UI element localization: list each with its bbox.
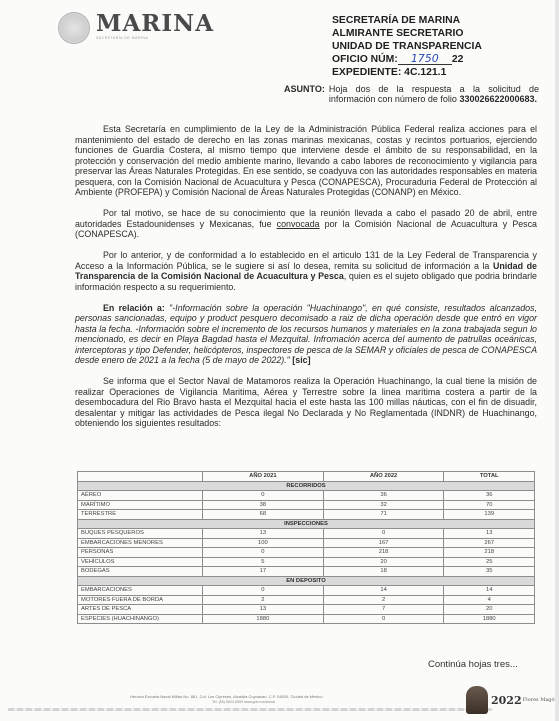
table-row: BUQUES PESQUEROS13013 <box>78 529 535 539</box>
folio-number: 330026622000683. <box>459 94 537 104</box>
document-page: MARINA SECRETARÍA DE MARINA SECRETARÍA D… <box>0 0 559 721</box>
logo-title: MARINA <box>96 12 214 36</box>
header-line-1: SECRETARÍA DE MARINA <box>332 14 482 27</box>
scan-edge <box>555 0 559 721</box>
national-seal-icon <box>58 12 90 44</box>
continues-note: Continúa hojas tres... <box>428 659 518 670</box>
letter-body: Esta Secretaría en cumplimiento de la Le… <box>75 124 537 439</box>
paragraph-4-request-quote: En relación a: "-Información sobre la op… <box>75 303 537 366</box>
header-line-3: UNIDAD DE TRANSPARENCIA <box>332 40 482 53</box>
table-row: MARÍTIMO383270 <box>78 500 535 510</box>
table-row: BODEGAS171835 <box>78 567 535 577</box>
footer-phone: Tel. (55) 5624 6500 www.gob.mx/semar <box>212 700 275 704</box>
table-row: MOTORES FUERA DE BORDA224 <box>78 595 535 605</box>
marina-logo: MARINA SECRETARÍA DE MARINA <box>58 12 214 44</box>
paragraph-3: Por lo anterior, y de conformidad a lo e… <box>75 250 537 292</box>
footer-address: Heroica Escuela Naval Militar No. 861, C… <box>130 694 324 699</box>
portrait-icon <box>466 686 488 714</box>
asunto-label: ASUNTO: <box>284 84 325 105</box>
oficio-number: OFICIO NÚM:175022 <box>332 53 482 66</box>
paragraph-5: Se informa que el Sector Naval de Matamo… <box>75 376 537 429</box>
logo-subtitle: SECRETARÍA DE MARINA <box>96 36 214 40</box>
paragraph-2: Por tal motivo, se hace de su conocimien… <box>75 208 537 240</box>
table-section-row: EN DEPOSITO <box>78 576 535 586</box>
footer-decorative-strip <box>8 708 493 711</box>
table-header-row: AÑO 2021 AÑO 2022 TOTAL <box>78 472 535 482</box>
results-table: AÑO 2021 AÑO 2022 TOTAL RECORRIDOSAÉREO0… <box>77 471 535 624</box>
flores-magon-2022-logo: 2022 Flores Magón <box>466 686 558 714</box>
expediente: EXPEDIENTE: 4C.121.1 <box>332 66 482 79</box>
asunto-text: Hoja dos de la respuesta a la solicitud … <box>329 84 539 105</box>
table-row: ARTES DE PESCA13720 <box>78 605 535 615</box>
paragraph-1: Esta Secretaría en cumplimiento de la Le… <box>75 124 537 198</box>
header-line-2: ALMIRANTE SECRETARIO <box>332 27 482 40</box>
table-row: EMBARCACIONES01414 <box>78 586 535 596</box>
table-row: PERSONAS0218218 <box>78 548 535 558</box>
table-section-row: RECORRIDOS <box>78 481 535 491</box>
table-row: ESPECIES (HUACHINANGO)188001880 <box>78 614 535 624</box>
table-row: EMBARCACIONES MENORES100167267 <box>78 538 535 548</box>
table-section-row: INSPECCIONES <box>78 519 535 529</box>
asunto-block: ASUNTO: Hoja dos de la respuesta a la so… <box>284 84 539 105</box>
table-row: TERRESTRE6871139 <box>78 510 535 520</box>
table-row: VEHÍCULOS52025 <box>78 557 535 567</box>
letterhead-block: SECRETARÍA DE MARINA ALMIRANTE SECRETARI… <box>332 14 482 79</box>
table-row: AÉREO03636 <box>78 491 535 501</box>
oficio-handwritten: 1750 <box>398 53 452 65</box>
